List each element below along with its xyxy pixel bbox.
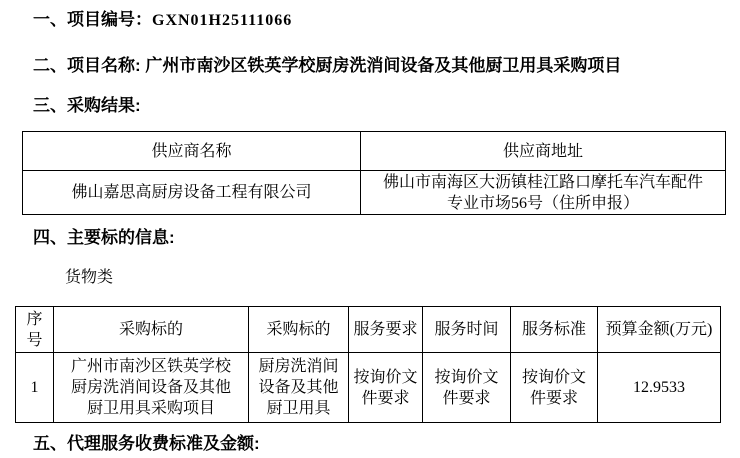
budget-amount-header: 预算金额(万元) bbox=[598, 307, 721, 353]
procurement-result-document: 一、项目编号：GXN01H25111066 二、项目名称: 广州市南沙区铁英学校… bbox=[0, 0, 740, 458]
section-heading-project-name: 二、项目名称: 广州市南沙区铁英学校厨房洗消间设备及其他厨卫用具采购项目 bbox=[33, 56, 740, 76]
project-name-value: 广州市南沙区铁英学校厨房洗消间设备及其他厨卫用具采购项目 bbox=[145, 56, 621, 75]
section-heading-main-subject-info: 四、主要标的信息: bbox=[33, 228, 740, 248]
goods-table-row: 1 广州市南沙区铁英学校厨房洗消间设备及其他厨卫用具采购项目 厨房洗消间设备及其… bbox=[16, 353, 721, 423]
service-requirement-cell: 按询价文件要求 bbox=[349, 353, 423, 423]
service-requirement-header: 服务要求 bbox=[349, 307, 423, 353]
goods-table-header-row: 序号 采购标的 采购标的 服务要求 服务时间 服务标准 预算金额(万元) bbox=[16, 307, 721, 353]
subject-header: 采购标的 bbox=[54, 307, 249, 353]
subject-category-label: 货物类 bbox=[65, 268, 740, 288]
budget-amount-cell: 12.9533 bbox=[598, 353, 721, 423]
section-heading-project-number: 一、项目编号：GXN01H25111066 bbox=[33, 10, 740, 31]
subject-name-header: 采购标的 bbox=[249, 307, 349, 353]
subject-name-cell: 厨房洗消间设备及其他厨卫用具 bbox=[249, 353, 349, 423]
supplier-table-row: 佛山嘉思高厨房设备工程有限公司 佛山市南海区大沥镇桂江路口摩托车汽车配件专业市场… bbox=[23, 171, 726, 215]
subject-cell: 广州市南沙区铁英学校厨房洗消间设备及其他厨卫用具采购项目 bbox=[54, 353, 249, 423]
supplier-table: 供应商名称 供应商地址 佛山嘉思高厨房设备工程有限公司 佛山市南海区大沥镇桂江路… bbox=[22, 131, 726, 215]
section-heading-procurement-result: 三、采购结果: bbox=[33, 96, 740, 116]
section-heading-agency-fee: 五、代理服务收费标准及金额: bbox=[33, 434, 740, 454]
seq-header: 序号 bbox=[16, 307, 54, 353]
supplier-address-header: 供应商地址 bbox=[361, 132, 726, 171]
project-number-value: GXN01H25111066 bbox=[152, 12, 292, 29]
service-time-header: 服务时间 bbox=[423, 307, 511, 353]
goods-table: 序号 采购标的 采购标的 服务要求 服务时间 服务标准 预算金额(万元) 1 广… bbox=[15, 306, 721, 423]
supplier-name-cell: 佛山嘉思高厨房设备工程有限公司 bbox=[23, 171, 361, 215]
supplier-name-header: 供应商名称 bbox=[23, 132, 361, 171]
seq-cell: 1 bbox=[16, 353, 54, 423]
service-standard-header: 服务标准 bbox=[511, 307, 598, 353]
supplier-table-header-row: 供应商名称 供应商地址 bbox=[23, 132, 726, 171]
supplier-address-cell: 佛山市南海区大沥镇桂江路口摩托车汽车配件专业市场56号（住所申报） bbox=[361, 171, 726, 215]
service-time-cell: 按询价文件要求 bbox=[423, 353, 511, 423]
project-name-label: 二、项目名称: bbox=[33, 56, 145, 75]
service-standard-cell: 按询价文件要求 bbox=[511, 353, 598, 423]
project-number-label: 一、项目编号： bbox=[33, 10, 152, 29]
